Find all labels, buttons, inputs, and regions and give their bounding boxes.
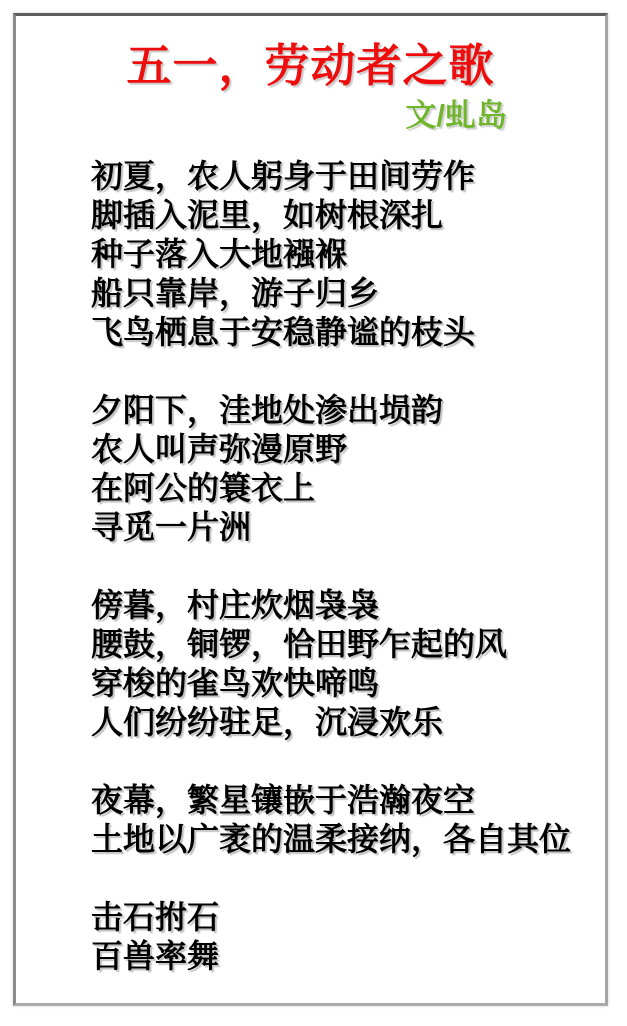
poem-line: 腰鼓，铜锣，恰田野乍起的风 <box>91 625 595 664</box>
poem-line: 飞鸟栖息于安稳静谧的枝头 <box>91 313 595 352</box>
poem-line: 土地以广袤的温柔接纳，各自其位 <box>91 820 595 859</box>
poem-line: 脚插入泥里，如树根深扎 <box>91 196 595 235</box>
poem-line: 夜幕，繁星镶嵌于浩瀚夜空 <box>91 781 595 820</box>
poem-line: 种子落入大地襁褓 <box>91 235 595 274</box>
poem-line: 人们纷纷驻足，沉浸欢乐 <box>91 703 595 742</box>
stanza-3: 傍暮，村庄炊烟袅袅 腰鼓，铜锣，恰田野乍起的风 穿梭的雀鸟欢快啼鸣 人们纷纷驻足… <box>91 586 595 742</box>
poem-line: 在阿公的簑衣上 <box>91 469 595 508</box>
poem-line: 击石拊石 <box>91 898 595 937</box>
stanza-5: 击石拊石 百兽率舞 <box>91 898 595 976</box>
poem-line: 百兽率舞 <box>91 937 595 976</box>
poem-line: 农人叫声弥漫原野 <box>91 430 595 469</box>
poem-line: 寻觅一片洲 <box>91 508 595 547</box>
poem-line: 夕阳下，洼地处渗出埙韵 <box>91 391 595 430</box>
page-title: 五一，劳动者之歌 <box>16 40 605 92</box>
poem-page-frame: 五一，劳动者之歌 文/虬岛 初夏，农人躬身于田间劳作 脚插入泥里，如树根深扎 种… <box>13 13 608 1006</box>
stanza-1: 初夏，农人躬身于田间劳作 脚插入泥里，如树根深扎 种子落入大地襁褓 船只靠岸，游… <box>91 157 595 352</box>
poem-line: 穿梭的雀鸟欢快啼鸣 <box>91 664 595 703</box>
poem-body: 初夏，农人躬身于田间劳作 脚插入泥里，如树根深扎 种子落入大地襁褓 船只靠岸，游… <box>16 157 605 976</box>
poem-line: 船只靠岸，游子归乡 <box>91 274 595 313</box>
poem-line: 傍暮，村庄炊烟袅袅 <box>91 586 595 625</box>
stanza-4: 夜幕，繁星镶嵌于浩瀚夜空 土地以广袤的温柔接纳，各自其位 <box>91 781 595 859</box>
author-byline: 文/虬岛 <box>16 99 605 133</box>
poem-line: 初夏，农人躬身于田间劳作 <box>91 157 595 196</box>
stanza-2: 夕阳下，洼地处渗出埙韵 农人叫声弥漫原野 在阿公的簑衣上 寻觅一片洲 <box>91 391 595 547</box>
